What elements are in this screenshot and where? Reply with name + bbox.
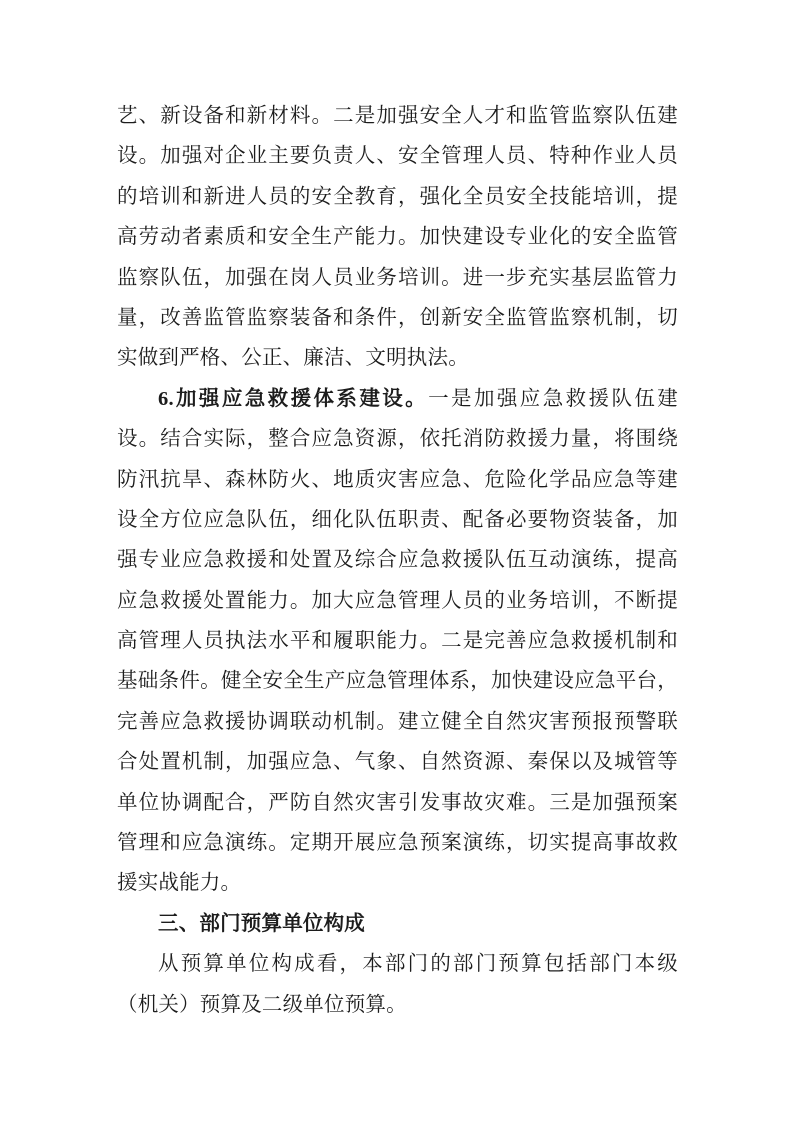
text-line: 的培训和新进人员的安全教育，强化全员安全技能培训，提 (117, 177, 678, 217)
text-line: 援实战能力。 (117, 863, 678, 903)
text-line: 设。结合实际，整合应急资源，依托消防救援力量，将围绕 (117, 419, 678, 459)
text-line: 应急救援处置能力。加大应急管理人员的业务培训，不断提 (117, 581, 678, 621)
text-line: 设全方位应急队伍，细化队伍职责、配备必要物资装备，加 (117, 500, 678, 540)
heading-section-three-budget-units: 三、部门预算单位构成 (117, 904, 678, 944)
text-line: 基础条件。健全安全生产应急管理体系，加快建设应急平台， (117, 661, 678, 701)
text-line: 强专业应急救援和处置及综合应急救援队伍互动演练，提高 (117, 540, 678, 580)
text-line: 从预算单位构成看，本部门的部门预算包括部门本级 (117, 944, 678, 984)
text-line: 防汛抗旱、森林防火、地质灾害应急、危险化学品应急等建 (117, 460, 678, 500)
text-line: 量，改善监管监察装备和条件，创新安全监管监察机制，切 (117, 298, 678, 338)
text-line: 完善应急救援协调联动机制。建立健全自然灾害预报预警联 (117, 702, 678, 742)
document-page: 艺、新设备和新材料。二是加强安全人才和监管监察队伍建设。加强对企业主要负责人、安… (0, 0, 793, 1122)
bold-lead-text: 6.加强应急救援体系建设。 (158, 388, 428, 410)
text-line: 高劳动者素质和安全生产能力。加快建设专业化的安全监管 (117, 217, 678, 257)
text-line: 设。加强对企业主要负责人、安全管理人员、特种作业人员 (117, 136, 678, 176)
text-line: 监察队伍，加强在岗人员业务培训。进一步充实基层监管力 (117, 258, 678, 298)
text-line: 合处置机制，加强应急、气象、自然资源、秦保以及城管等 (117, 742, 678, 782)
text-line: 高管理人员执法水平和履职能力。二是完善应急救援机制和 (117, 621, 678, 661)
text-line: 单位协调配合，严防自然灾害引发事故灾难。三是加强预案 (117, 783, 678, 823)
text-line: 三、部门预算单位构成 (117, 904, 678, 944)
paragraph-safety-supervision-continuation: 艺、新设备和新材料。二是加强安全人才和监管监察队伍建设。加强对企业主要负责人、安… (117, 96, 678, 379)
document-body: 艺、新设备和新材料。二是加强安全人才和监管监察队伍建设。加强对企业主要负责人、安… (117, 96, 678, 1025)
paragraph-6-emergency-rescue-system: 6.加强应急救援体系建设。一是加强应急救援队伍建设。结合实际，整合应急资源，依托… (117, 379, 678, 904)
paragraph-budget-unit-composition: 从预算单位构成看，本部门的部门预算包括部门本级（机关）预算及二级单位预算。 (117, 944, 678, 1025)
text-line: 艺、新设备和新材料。二是加强安全人才和监管监察队伍建 (117, 96, 678, 136)
text-line: （机关）预算及二级单位预算。 (117, 985, 678, 1025)
text-line: 6.加强应急救援体系建设。一是加强应急救援队伍建 (117, 379, 678, 419)
text-line: 实做到严格、公正、廉洁、文明执法。 (117, 338, 678, 378)
text-line: 管理和应急演练。定期开展应急预案演练，切实提高事故救 (117, 823, 678, 863)
